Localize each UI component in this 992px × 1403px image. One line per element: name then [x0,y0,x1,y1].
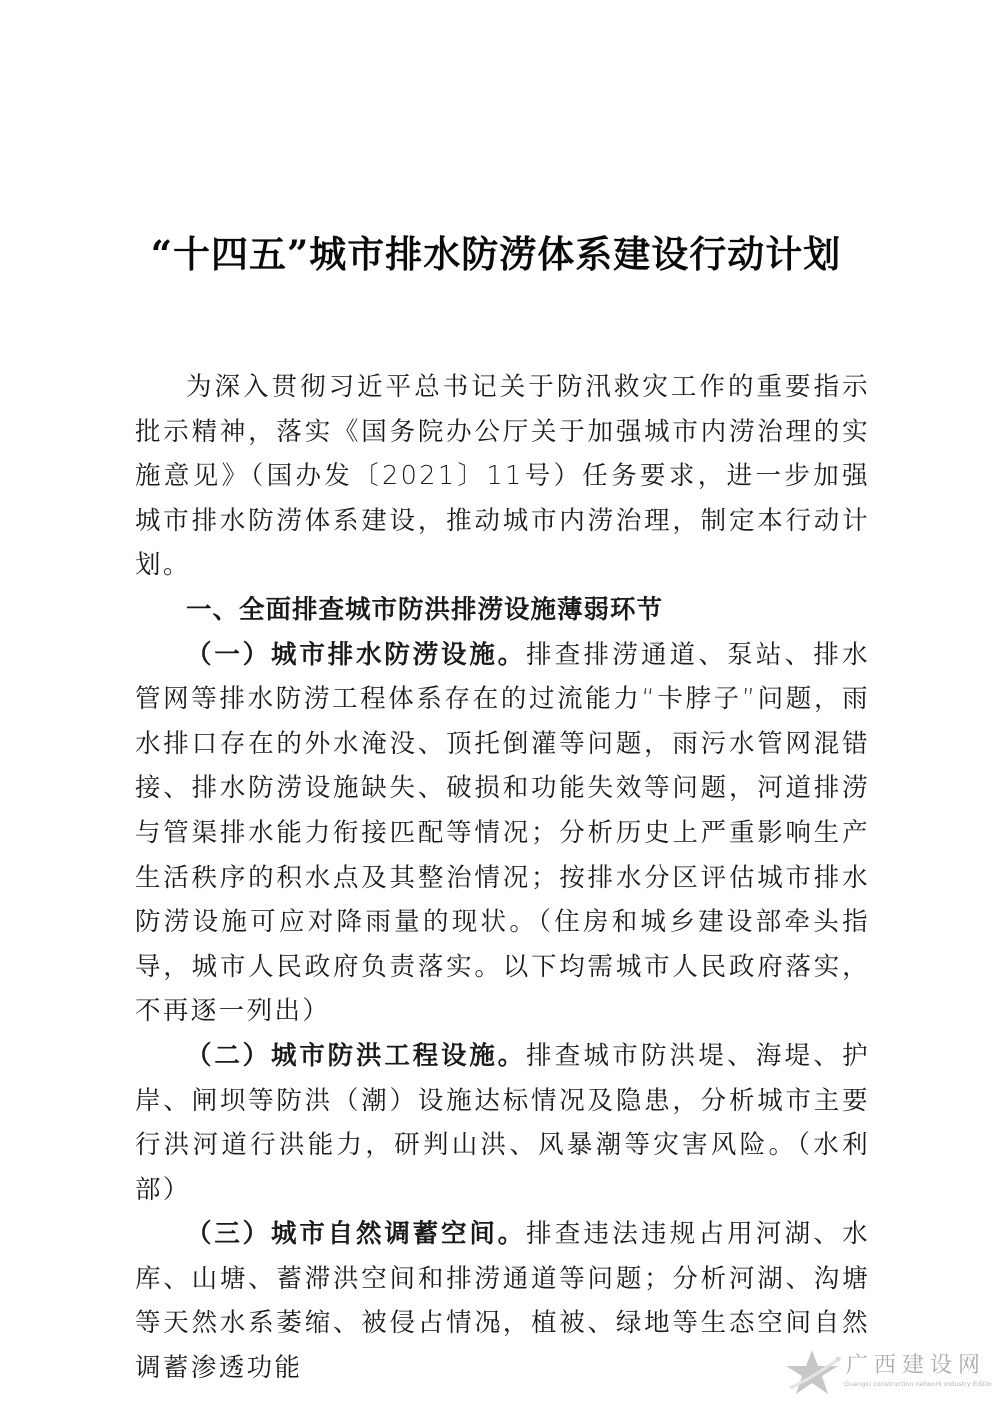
watermark-logo: 广西建设网 Guangxi construction network Indus… [782,1348,992,1398]
section-item-1: （一）城市排水防涝设施。排查排涝通道、泵站、排水管网等排水防涝工程体系存在的过流… [135,633,870,1034]
item-3-label: （三）城市自然调蓄空间。 [186,1219,526,1249]
watermark-subtitle: Guangxi construction network Industry Ed… [844,1380,992,1388]
document-page: “十四五”城市排水防涝体系建设行动计划 为深入贯彻习近平总书记关于防汛救灾工作的… [0,0,992,1403]
intro-paragraph: 为深入贯彻习近平总书记关于防汛救灾工作的重要指示批示精神，落实《国务院办公厅关于… [135,365,870,588]
document-title: “十四五”城市排水防涝体系建设行动计划 [0,224,992,278]
star-logo-icon [782,1348,842,1396]
watermark-name: 广西建设网 [846,1348,986,1379]
item-1-label: （一）城市排水防涝设施。 [186,640,526,670]
document-body: 为深入贯彻习近平总书记关于防汛救灾工作的重要指示批示精神，落实《国务院办公厅关于… [135,365,870,1391]
item-1-text: 排查排涝通道、泵站、排水管网等排水防涝工程体系存在的过流能力“卡脖子”问题，雨水… [135,640,870,1027]
section-heading: 一、全面排查城市防洪排涝设施薄弱环节 [135,588,870,633]
section-item-2: （二）城市防洪工程设施。排查城市防洪堤、海堤、护岸、闸坝等防洪（潮）设施达标情况… [135,1034,870,1212]
page-number: 3 [0,1317,992,1335]
item-2-label: （二）城市防洪工程设施。 [186,1041,526,1071]
section-item-3: （三）城市自然调蓄空间。排查违法违规占用河湖、水库、山塘、蓄滞洪空间和排涝通道等… [135,1212,870,1390]
